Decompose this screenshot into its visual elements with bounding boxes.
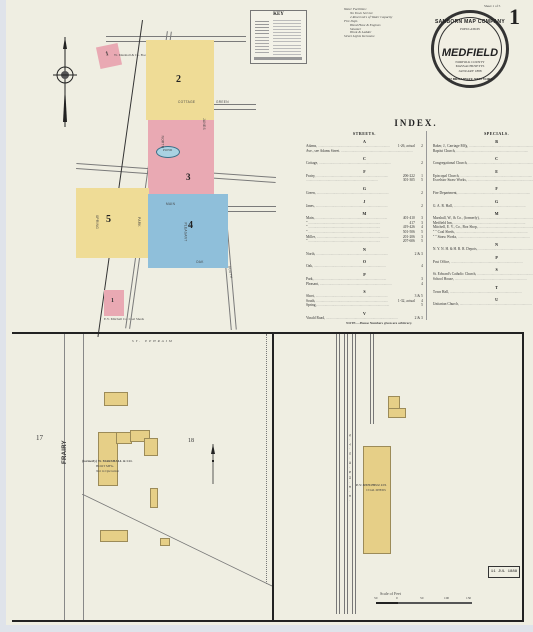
- sheet-label: 2: [176, 74, 181, 85]
- index-row: Town Hall,3: [433, 290, 533, 295]
- index-row: Green,2: [306, 191, 423, 196]
- block-number: 17: [36, 434, 43, 442]
- index-row: Ave., see Adams Street.: [306, 149, 423, 154]
- accession-stamp: 11 JUL 1888: [488, 566, 520, 578]
- index-row: Janes,2: [306, 204, 423, 209]
- index-row: North,2 & 3: [306, 252, 423, 257]
- map-sheet: 1 Sheet 1 of 5 Water Facilities: No Town…: [6, 0, 533, 625]
- street-label: PLEASANT: [184, 222, 188, 241]
- index-row: Pleasant,4: [306, 282, 423, 287]
- street-label: ST. EPHRAIM: [132, 340, 174, 344]
- index-row: "207-6065: [306, 239, 423, 244]
- key-map: 1 W. Marshall & Co. Boot Mfg. 2 POND 3 5…: [66, 30, 251, 330]
- sheet-label: 3: [186, 172, 191, 182]
- index-row: Post Office,3: [433, 260, 533, 265]
- index-specials: SPECIALS. B Baker, J., Carriage Mf'g.3 B…: [433, 131, 533, 320]
- street-label: NORTH: [160, 136, 164, 149]
- street-label: PARK: [137, 217, 141, 227]
- scale-tick: 100: [444, 597, 449, 601]
- company-note: Not in Operation: [96, 470, 119, 474]
- street-label: JANES: [202, 118, 206, 130]
- property-line: [82, 494, 272, 589]
- index-row: Vinald Road,2 & 3: [306, 316, 423, 321]
- building: [104, 392, 128, 406]
- index-row: Oak,4: [306, 264, 423, 269]
- street-label: MAIN: [166, 202, 175, 206]
- street-label: OAK: [196, 260, 204, 264]
- street-label: COTTAGE: [178, 100, 195, 104]
- street-label: SPRING: [95, 215, 99, 229]
- sheet-block-2: 2: [146, 40, 214, 120]
- cartouche-address: 117 BROADWAY, NEW YORK: [434, 77, 506, 81]
- sheet-block-4: 4: [148, 194, 228, 268]
- index-row: N. Y. N. H. & H. R. R. Depots,5: [433, 247, 533, 252]
- divider-bottom: [12, 620, 522, 622]
- cartouche-date: JANUARY 1888: [434, 69, 506, 73]
- street-label: SOUTH: [227, 265, 233, 278]
- index-row: Baptist Church,4: [433, 149, 533, 154]
- index-row: School House,4: [433, 277, 533, 282]
- detail-right: N.Y.N.H.&H.R.R. E.V. MITCHELL CO. COAL S…: [274, 334, 522, 620]
- block-number: 18: [188, 438, 194, 445]
- scale-tick: 0: [396, 597, 398, 601]
- building: [388, 408, 406, 418]
- index-row: Unitarian Church,3: [433, 302, 533, 307]
- street-label: FRAIRY: [62, 440, 68, 464]
- sheet-block-1-bottom: 1: [104, 290, 124, 316]
- sanborn-cartouche: SANBORN MAP COMPANY POPULATION MEDFIELD …: [431, 10, 509, 88]
- building-note: E.V. Mitchell Co. Coal Sheds: [104, 318, 144, 322]
- building-coal-sheds: [363, 446, 391, 554]
- scale-tick: 50: [420, 597, 423, 601]
- index-row: Cottage,2: [306, 161, 423, 166]
- index-note: NOTE.—House Numbers given are arbitrary.: [306, 322, 526, 326]
- sheet-label: 1: [111, 298, 114, 305]
- north-arrow: [208, 444, 218, 489]
- index-row: G. A. R. Hall,4: [433, 204, 533, 209]
- key-title: KEY: [251, 12, 306, 17]
- specials-heading: SPECIALS.: [433, 131, 533, 136]
- company-sub-label: COAL SHEDS: [366, 489, 386, 493]
- key-legend: KEY: [250, 10, 307, 64]
- sheet-label: 5: [106, 214, 111, 225]
- sheet-number: 1: [509, 4, 520, 30]
- divider-right: [522, 332, 524, 622]
- index-row: " " Straw Works,5: [433, 235, 533, 240]
- streets-heading: STREETS.: [306, 131, 423, 136]
- water-facilities-note: Water Facilities: No Town Service 2 Rese…: [344, 8, 392, 39]
- index-row: Fire Department,3: [433, 191, 533, 196]
- sheet-block-3: POND 3: [148, 120, 214, 198]
- cartouche-town: MEDFIELD: [434, 47, 506, 59]
- corner-note: Sheet 1 of 5: [484, 5, 500, 9]
- railroad-label: N.Y.N.H.&H.R.R.: [347, 434, 351, 504]
- building: [144, 438, 158, 456]
- sheet-label: 1: [105, 51, 109, 59]
- index-row: Congregational Church,4: [433, 161, 533, 166]
- frairy-street: [64, 334, 84, 620]
- index-row: Spring,5: [306, 303, 423, 308]
- scale-tick: 150: [466, 597, 471, 601]
- index-panel: INDEX. STREETS. A Adams,1-26, actual2 Av…: [306, 118, 526, 326]
- index-streets: STREETS. A Adams,1-26, actual2 Ave., see…: [306, 131, 427, 320]
- scale-tick: 50: [374, 597, 377, 601]
- note-line: Street Lights Kerosene: [344, 35, 392, 39]
- cartouche-state: MASSACHUSETTS: [434, 64, 506, 68]
- index-row: Excelsior Straw Works,5: [433, 178, 533, 183]
- north-arrow-icon: [208, 444, 218, 484]
- index-title: INDEX.: [306, 118, 526, 128]
- index-row: 301-3055: [306, 178, 423, 183]
- street-label: GREEN: [216, 100, 229, 104]
- sheet-label: 4: [188, 220, 193, 231]
- cartouche-population: POPULATION: [434, 27, 506, 31]
- pond-label: POND: [163, 149, 172, 153]
- cartouche-publisher: SANBORN MAP COMPANY: [434, 19, 506, 25]
- detail-left: FRAIRY 17 18 ST. EPHRAIM (formerly) W. M…: [12, 334, 272, 620]
